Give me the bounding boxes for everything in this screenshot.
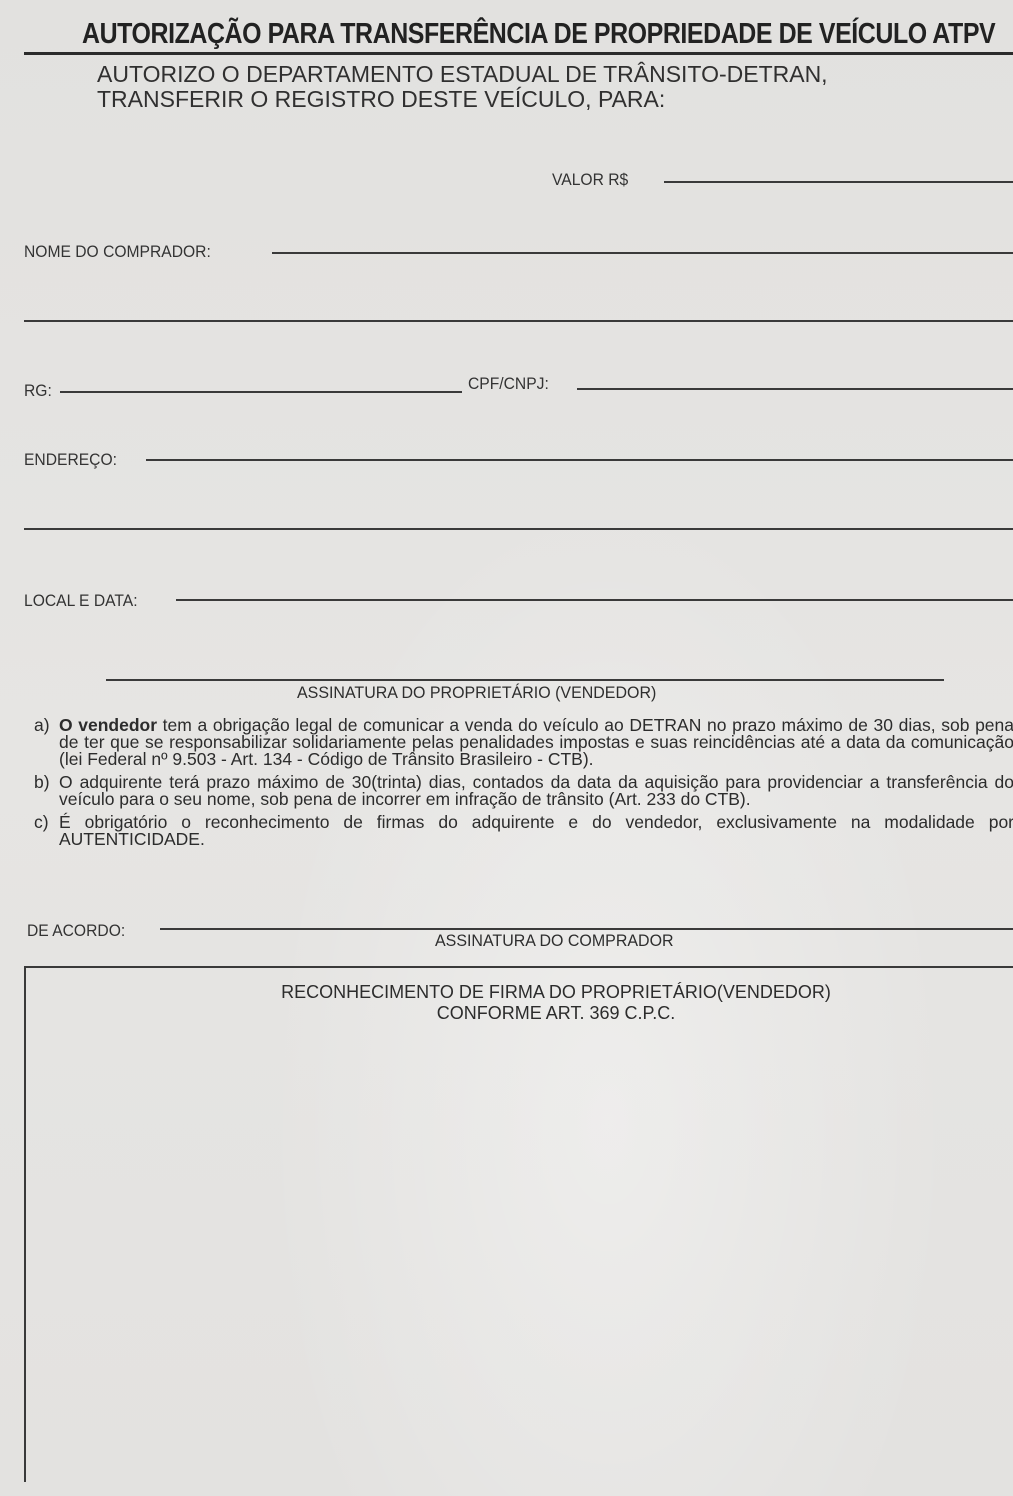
clause-b-text: O adquirente terá prazo máximo de 30(tri… <box>59 774 1013 808</box>
rg-label: RG: <box>24 381 52 401</box>
nome-comprador-label: NOME DO COMPRADOR: <box>24 242 211 262</box>
notary-box-title-line-2: CONFORME ART. 369 C.P.C. <box>26 1003 1013 1024</box>
endereco-field-continuation[interactable] <box>24 528 1013 530</box>
clause-a-marker: a) <box>34 717 59 768</box>
title-divider <box>24 52 1013 55</box>
seller-signature-line[interactable] <box>106 679 944 681</box>
local-data-field[interactable] <box>176 599 1013 601</box>
rg-field[interactable] <box>60 391 462 393</box>
de-acordo-label: DE ACORDO: <box>27 921 125 941</box>
local-data-label: LOCAL E DATA: <box>24 591 138 611</box>
authorization-line-2: TRANSFERIR O REGISTRO DESTE VEÍCULO, PAR… <box>97 87 828 112</box>
valor-field[interactable] <box>664 181 1013 183</box>
cpf-cnpj-label: CPF/CNPJ: <box>468 374 549 394</box>
nome-comprador-field[interactable] <box>272 252 1013 254</box>
notary-box-title-line-1: RECONHECIMENTO DE FIRMA DO PROPRIETÁRIO(… <box>26 982 1013 1003</box>
clause-b-marker: b) <box>34 774 59 808</box>
seller-signature-caption: ASSINATURA DO PROPRIETÁRIO (VENDEDOR) <box>297 683 656 703</box>
nome-comprador-field-continuation[interactable] <box>24 320 1013 322</box>
clause-a: a) O vendedor tem a obrigação legal de c… <box>34 717 1013 768</box>
clause-c: c) É obrigatório o reconhecimento de fir… <box>34 814 1013 848</box>
clause-c-marker: c) <box>34 814 59 848</box>
cpf-cnpj-field[interactable] <box>577 388 1013 390</box>
clause-c-text: É obrigatório o reconhecimento de firmas… <box>59 814 1013 848</box>
legal-clauses: a) O vendedor tem a obrigação legal de c… <box>34 717 1013 854</box>
document-title: AUTORIZAÇÃO PARA TRANSFERÊNCIA DE PROPRI… <box>82 18 995 51</box>
clause-a-text: tem a obrigação legal de comunicar a ven… <box>59 715 1013 769</box>
clause-b: b) O adquirente terá prazo máximo de 30(… <box>34 774 1013 808</box>
endereco-field[interactable] <box>146 459 1013 461</box>
valor-label: VALOR R$ <box>552 170 628 190</box>
authorization-line-1: AUTORIZO O DEPARTAMENTO ESTADUAL DE TRÂN… <box>97 62 828 87</box>
buyer-signature-caption: ASSINATURA DO COMPRADOR <box>435 931 674 951</box>
authorization-statement: AUTORIZO O DEPARTAMENTO ESTADUAL DE TRÂN… <box>97 62 828 112</box>
buyer-signature-line[interactable] <box>160 928 1013 930</box>
notary-recognition-box: RECONHECIMENTO DE FIRMA DO PROPRIETÁRIO(… <box>24 966 1013 1482</box>
endereco-label: ENDEREÇO: <box>24 450 117 470</box>
